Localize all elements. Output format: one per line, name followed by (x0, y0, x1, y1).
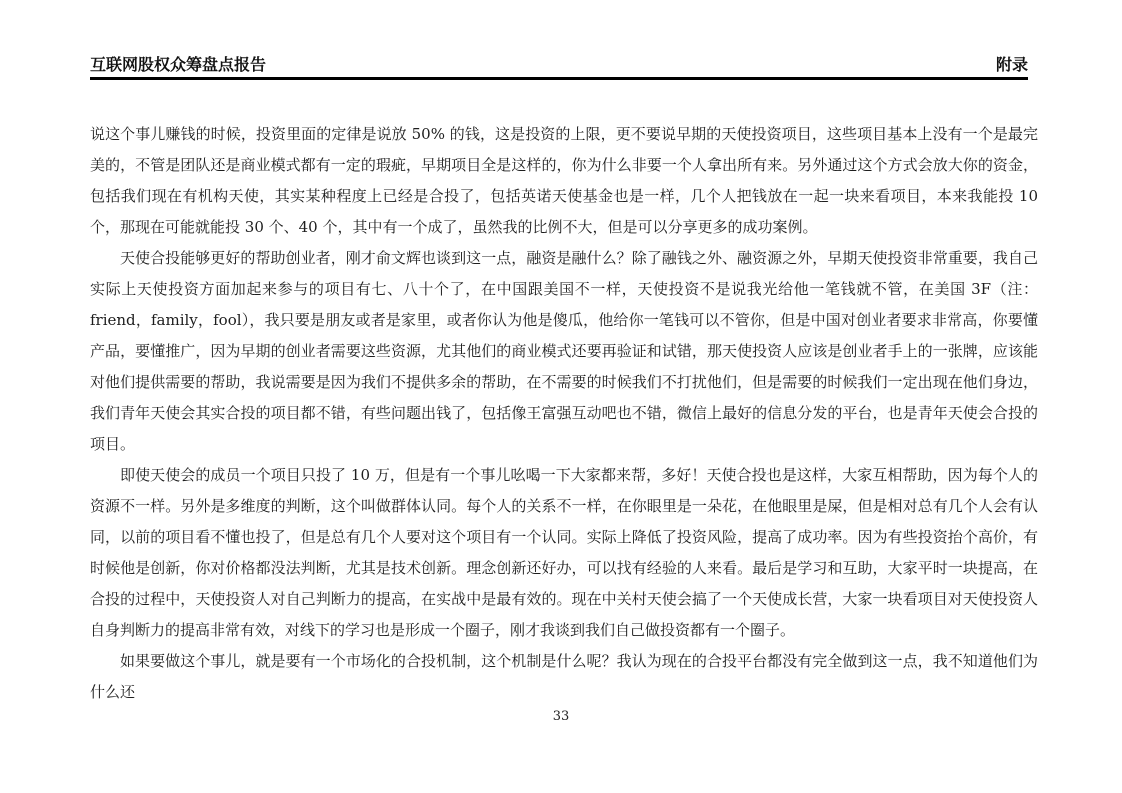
page-footer: 33 (0, 709, 1122, 724)
page-header: 互联网股权众筹盘点报告 附录 (90, 52, 1028, 75)
page-number: 33 (553, 709, 570, 724)
header-title: 互联网股权众筹盘点报告 (90, 52, 266, 75)
paragraph: 天使合投能够更好的帮助创业者，刚才俞文辉也谈到这一点，融资是融什么？除了融钱之外… (90, 243, 1038, 460)
header-section-label: 附录 (996, 52, 1028, 75)
paragraph: 说这个事儿赚钱的时候，投资里面的定律是说放 50% 的钱，这是投资的上限，更不要… (90, 119, 1038, 243)
header-rule (90, 77, 1028, 80)
document-page: 互联网股权众筹盘点报告 附录 说这个事儿赚钱的时候，投资里面的定律是说放 50%… (0, 0, 1122, 793)
paragraph: 即使天使会的成员一个项目只投了 10 万，但是有一个事儿吆喝一下大家都来帮，多好… (90, 460, 1038, 646)
document-body: 说这个事儿赚钱的时候，投资里面的定律是说放 50% 的钱，这是投资的上限，更不要… (90, 119, 1038, 708)
paragraph: 如果要做这个事儿，就是要有一个市场化的合投机制，这个机制是什么呢？我认为现在的合… (90, 646, 1038, 708)
